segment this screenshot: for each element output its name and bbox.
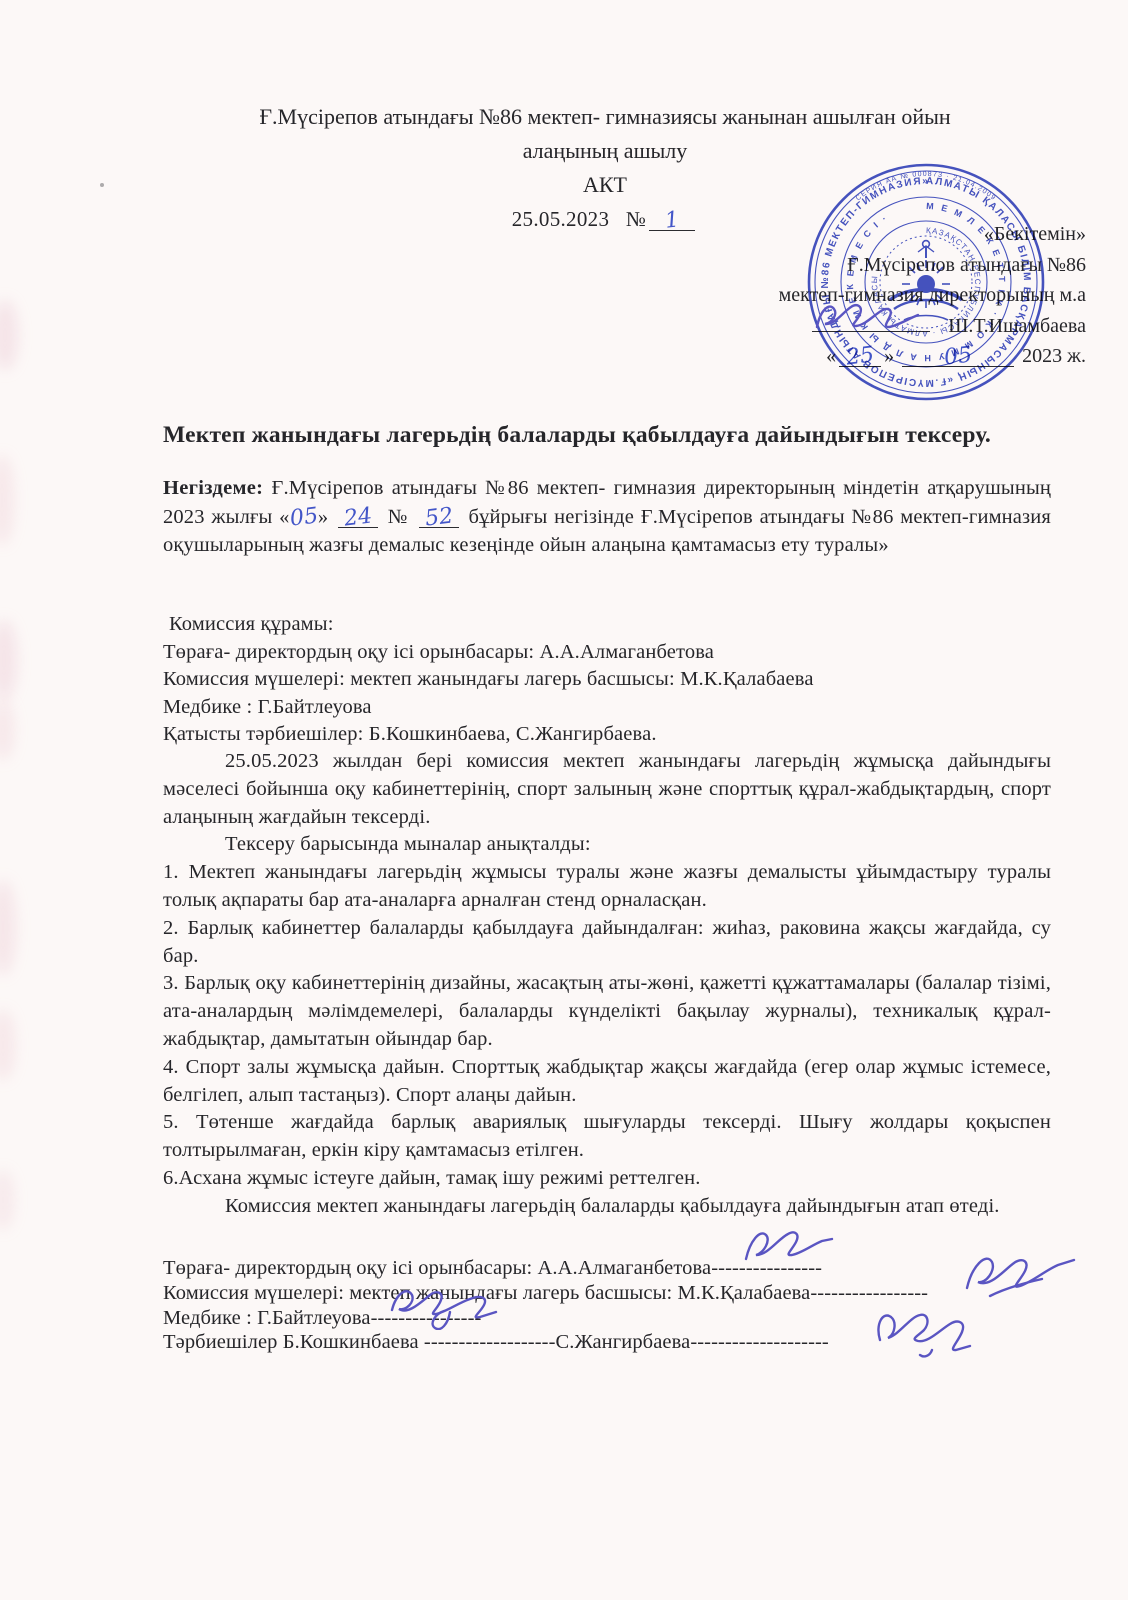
signature-line-member: Комиссия мүшелері: мектеп жанындағы лаге… bbox=[163, 1281, 1113, 1306]
scan-smudge bbox=[0, 880, 16, 975]
signature-line-nurse: Медбике : Г.Байтлеуова---------------- bbox=[163, 1306, 1113, 1331]
scan-smudge bbox=[0, 300, 18, 370]
conclusion-paragraph: Комиссия мектеп жанындағы лагерьдің бала… bbox=[163, 1193, 1051, 1221]
body-text: 25.05.2023 жылдан бері комиссия мектеп ж… bbox=[163, 748, 1051, 1221]
finding-item-6: 6.Асхана жұмыс істеуге дайын, тамақ ішу … bbox=[163, 1165, 1051, 1193]
act-date: 25.05.2023 bbox=[512, 207, 610, 231]
scan-smudge bbox=[0, 1170, 14, 1230]
approval-director-line: мектеп-гимназия директорының м.а bbox=[779, 280, 1086, 311]
signature-nurse-label: Медбике : Г.Байтлеуова bbox=[163, 1307, 371, 1329]
approval-year: 2023 ж. bbox=[1022, 345, 1086, 367]
commission-nurse: Медбике : Г.Байтлеуова bbox=[163, 694, 1063, 722]
document-title-line1: Ғ.Мүсірепов атындағы №86 мектеп- гимнази… bbox=[150, 100, 1060, 134]
inspection-paragraph: 25.05.2023 жылдан бері комиссия мектеп ж… bbox=[163, 748, 1051, 831]
approval-date-row: «25» 05 2023 ж. bbox=[779, 341, 1086, 372]
approval-day-underline: 25 bbox=[839, 346, 881, 367]
signature-teacher1-dashes: ------------------- bbox=[424, 1331, 556, 1353]
basis-day-handwritten: 05 bbox=[288, 502, 320, 534]
approval-signature-row: Ш.Т.Ишамбаева bbox=[779, 311, 1086, 342]
commission-chair: Төраға- директордың оқу ісі орынбасары: … bbox=[163, 639, 1063, 667]
basis-month-handwritten: 24 bbox=[343, 506, 374, 529]
findings-intro: Тексеру барысында мыналар анықталды: bbox=[163, 831, 1051, 859]
approval-month-handwritten: 05 bbox=[943, 345, 973, 368]
signature-member-label: Комиссия мүшелері: мектеп жанындағы лаге… bbox=[163, 1282, 810, 1304]
open-quote: « bbox=[826, 345, 836, 367]
act-number-label: № bbox=[626, 207, 646, 231]
finding-item-2: 2. Барлық кабинеттер балаларды қабылдауғ… bbox=[163, 915, 1051, 971]
basis-month-underline: 24 bbox=[338, 507, 378, 528]
approval-signature-underline bbox=[812, 331, 930, 332]
scan-smudge bbox=[0, 1010, 15, 1080]
finding-item-3: 3. Барлық оқу кабинеттерінің дизайны, жа… bbox=[163, 970, 1051, 1053]
close-quote: » bbox=[884, 345, 894, 367]
basis-order-handwritten: 52 bbox=[424, 506, 455, 529]
approval-org-line: Ғ.Мүсірепов атындағы №86 bbox=[779, 250, 1086, 281]
finding-item-1: 1. Мектеп жанындағы лагерьдің жұмысы тур… bbox=[163, 859, 1051, 915]
signature-member-dashes: ----------------- bbox=[810, 1282, 928, 1304]
signature-line-teachers: Тәрбиешілер Б.Кошкинбаева --------------… bbox=[163, 1330, 1113, 1355]
scan-smudge bbox=[0, 620, 17, 700]
scan-smudge bbox=[0, 455, 14, 545]
basis-number-sign: № bbox=[388, 506, 409, 528]
signature-teacher2-dashes: -------------------- bbox=[690, 1331, 829, 1353]
signature-nurse-dashes: ---------------- bbox=[371, 1307, 482, 1329]
signature-chair-dashes: ---------------- bbox=[711, 1257, 822, 1279]
signature-block: Төраға- директордың оқу ісі орынбасары: … bbox=[163, 1256, 1113, 1355]
basis-paragraph: Негіздеме: Ғ.Мүсірепов атындағы №86 мект… bbox=[163, 474, 1051, 560]
main-heading: Мектеп жанындағы лагерьдің балаларды қаб… bbox=[163, 420, 1053, 450]
approval-month-underline: 05 bbox=[902, 346, 1014, 367]
act-label: АКТ bbox=[150, 168, 1060, 202]
basis-order-underline: 52 bbox=[419, 507, 459, 528]
finding-item-4: 4. Спорт залы жұмысқа дайын. Спорттық жа… bbox=[163, 1054, 1051, 1110]
signature-line-chair: Төраға- директордың оқу ісі орынбасары: … bbox=[163, 1256, 1113, 1281]
approval-day-handwritten: 25 bbox=[845, 345, 875, 368]
signature-teacher1-label: Тәрбиешілер Б.Кошкинбаева bbox=[163, 1331, 424, 1353]
scan-dot-artifact bbox=[100, 183, 104, 187]
scan-smudge bbox=[0, 700, 14, 760]
approval-block: «Бекітемін» Ғ.Мүсірепов атындағы №86 мек… bbox=[779, 219, 1086, 372]
commission-members: Комиссия мүшелері: мектеп жанындағы лаге… bbox=[163, 666, 1063, 694]
scanned-act-document: Ғ.Мүсірепов атындағы №86 мектеп- гимнази… bbox=[0, 0, 1128, 1600]
basis-label: Негіздеме: bbox=[163, 477, 263, 499]
signature-teacher2-label: С.Жангирбаева bbox=[556, 1331, 691, 1353]
act-number-handwritten: 1 bbox=[664, 210, 681, 232]
document-title-line2: алаңының ашылу bbox=[150, 134, 1060, 168]
title-block: Ғ.Мүсірепов атындағы №86 мектеп- гимнази… bbox=[150, 100, 1060, 236]
approval-word: «Бекітемін» bbox=[779, 219, 1086, 250]
basis-text-2: » bbox=[318, 506, 328, 528]
commission-header: Комиссия құрамы: bbox=[163, 611, 1063, 639]
commission-block: Комиссия құрамы: Төраға- директордың оқу… bbox=[163, 611, 1063, 749]
finding-item-5: 5. Төтенше жағдайда барлық авариялық шығ… bbox=[163, 1109, 1051, 1165]
commission-teachers: Қатысты тәрбиешілер: Б.Кошкинбаева, С.Жа… bbox=[163, 721, 1063, 749]
signature-chair-label: Төраға- директордың оқу ісі орынбасары: … bbox=[163, 1257, 711, 1279]
approval-signer-name: Ш.Т.Ишамбаева bbox=[948, 315, 1086, 337]
act-number-underline: 1 bbox=[649, 209, 695, 231]
